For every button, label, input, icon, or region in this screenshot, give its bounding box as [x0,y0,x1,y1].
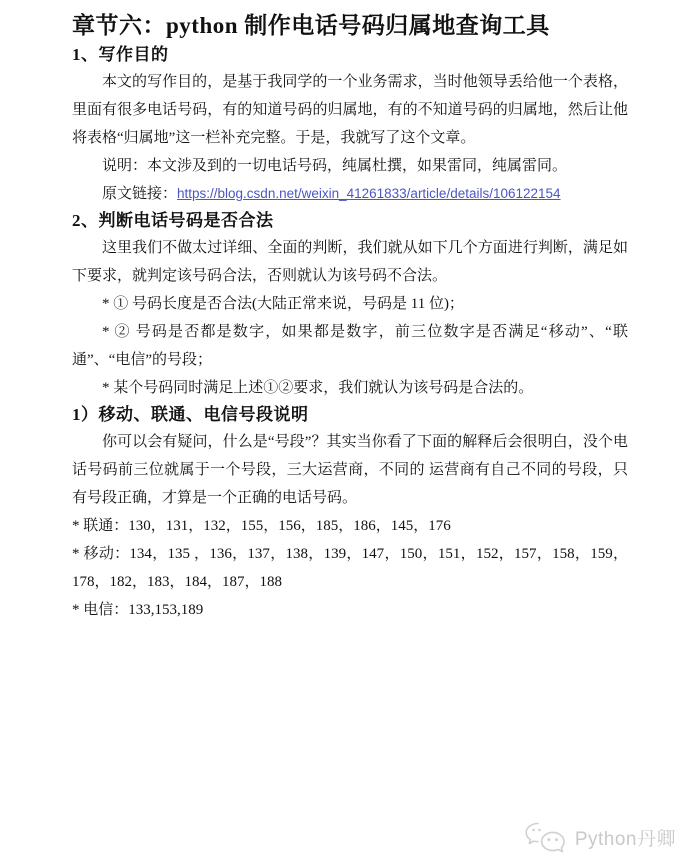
paragraph-segment-explain: 你可以会有疑问，什么是“号段”？其实当你看了下面的解释后会很明白，没个电话号码前… [72,428,628,512]
bullet-length-rule: * ① 号码长度是否合法(大陆正常来说，号码是 11 位)； [72,290,628,318]
source-link-label: 原文链接： [102,186,177,202]
section-heading-writing-purpose: 1、写作目的 [72,42,628,68]
page-title: 章节六：python 制作电话号码归属地查询工具 [72,10,628,42]
wechat-icon [523,820,567,854]
watermark-label: Python丹卿 [575,824,676,851]
carrier-telecom-segments: * 电信：133,153,189 [72,596,628,624]
bullet-both-rules: * 某个号码同时满足上述①②要求，我们就认为该号码是合法的。 [72,374,628,402]
watermark: Python丹卿 [523,820,676,854]
document-page: 章节六：python 制作电话号码归属地查询工具 1、写作目的 本文的写作目的，… [0,0,694,624]
paragraph-purpose: 本文的写作目的，是基于我同学的一个业务需求，当时他领导丢给他一个表格，里面有很多… [72,68,628,152]
paragraph-validation-intro: 这里我们不做太过详细、全面的判断，我们就从如下几个方面进行判断，满足如下要求，就… [72,234,628,290]
source-link[interactable]: https://blog.csdn.net/weixin_41261833/ar… [177,186,561,201]
carrier-unicom-segments: * 联通：130，131，132，155，156，185，186，145，176 [72,512,628,540]
bullet-digit-rule: * ② 号码是否都是数字，如果都是数字，前三位数字是否满足“移动”、“联通”、“… [72,318,628,374]
carrier-mobile-segments: * 移动：134，135 ，136，137，138，139，147，150，15… [72,540,628,596]
section-heading-validate-number: 2、判断电话号码是否合法 [72,208,628,234]
source-link-line: 原文链接：https://blog.csdn.net/weixin_412618… [72,180,628,208]
paragraph-disclaimer: 说明：本文涉及到的一切电话号码，纯属杜撰，如果雷同，纯属雷同。 [72,152,628,180]
section-heading-number-segments: 1）移动、联通、电信号段说明 [72,402,628,428]
